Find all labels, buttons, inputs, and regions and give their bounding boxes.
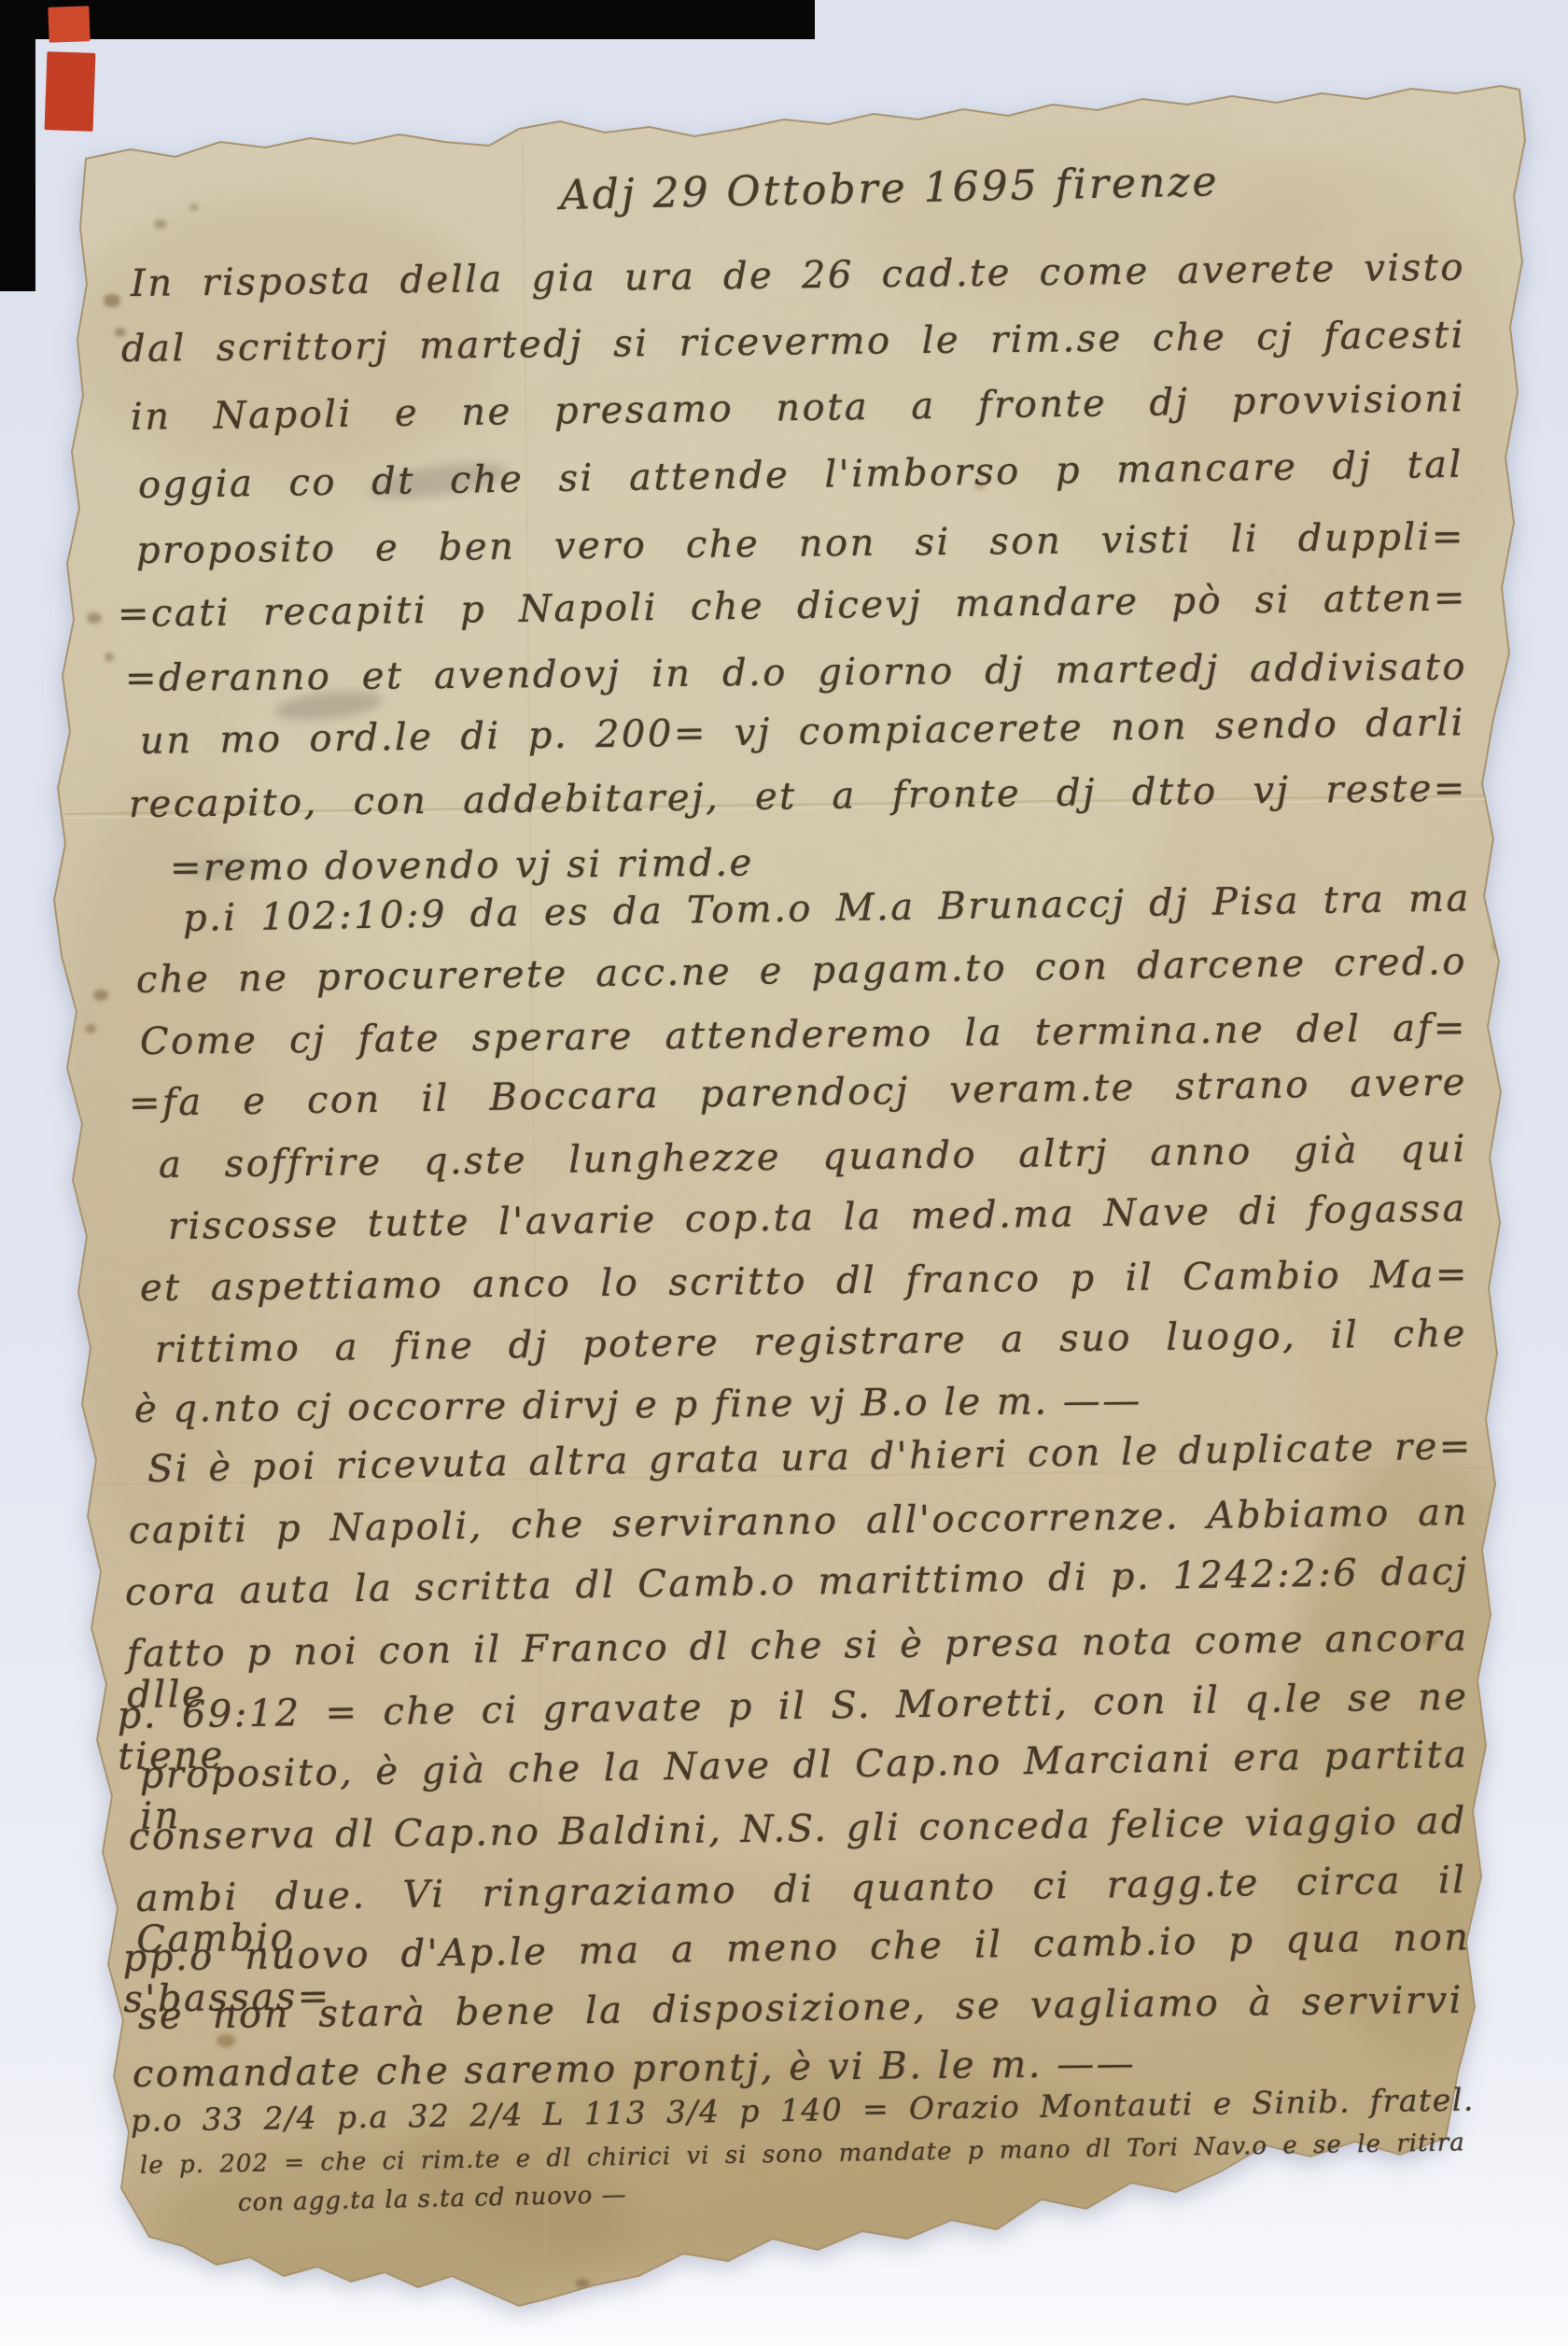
handwritten-line: rittimo a fine dj potere registrare a su… — [155, 1313, 1467, 1370]
letter-postscript-line: le p. 202 = che ci rim.te e dl chirici v… — [140, 2129, 1465, 2179]
handwritten-line: comandate che saremo prontj, è vi B. le … — [133, 2044, 1137, 2095]
document-scan: Adj 29 Ottobre 1695 firenze In risposta … — [0, 0, 1568, 2346]
handwritten-line: è q.nto cj occorre dirvj e p fine vj B.o… — [134, 1381, 1142, 1430]
handwritten-line: =fa e con il Boccara parendocj veram.te … — [129, 1061, 1468, 1124]
handwritten-line: Come cj fate sperare attenderemo la term… — [140, 1007, 1467, 1062]
handwritten-line: recapito, con addebitarej, et a fronte d… — [129, 767, 1467, 825]
handwritten-line: =cati recapiti p Napoli che dicevj manda… — [118, 577, 1467, 635]
handwritten-line: oggia co dt che si attende l'imborso p m… — [138, 444, 1464, 506]
handwritten-line: Si è poi ricevuta altra grata ura d'hier… — [147, 1426, 1474, 1490]
handwriting-layer: Adj 29 Ottobre 1695 firenze In risposta … — [0, 0, 1568, 2346]
handwritten-line: cora auta la scritta dl Camb.o marittimo… — [125, 1551, 1470, 1613]
handwritten-line: a soffrire q.ste lunghezze quando altrj … — [159, 1129, 1467, 1186]
handwritten-line: =deranno et avendovj in d.o giorno dj ma… — [125, 646, 1467, 699]
handwritten-line: et aspettiamo anco lo scritto dl franco … — [140, 1254, 1469, 1309]
handwritten-line: che ne procurerete acc.ne e pagam.to con… — [136, 941, 1467, 1001]
handwritten-line: capiti p Napoli, che serviranno all'occo… — [129, 1492, 1469, 1552]
handwritten-line: proposito e ben vero che non si son vist… — [136, 516, 1465, 571]
handwritten-line: riscosse tutte l'avarie cop.ta la med.ma… — [168, 1188, 1467, 1247]
letter-postscript-line: con agg.ta la s.ta cd nuovo — — [238, 2182, 627, 2216]
handwritten-line: In risposta della gia ura de 26 cad.te c… — [131, 247, 1465, 304]
handwritten-line: in Napoli e ne presamo nota a fronte dj … — [131, 378, 1465, 438]
handwritten-line: =remo dovendo vj si rimd.e — [170, 843, 754, 889]
handwritten-line: dal scrittorj martedj si ricevermo le ri… — [121, 315, 1465, 370]
handwritten-line: un mo ord.le di p. 200= vj compiacerete … — [140, 702, 1465, 762]
letter-dateline: Adj 29 Ottobre 1695 firenze — [559, 160, 1220, 218]
